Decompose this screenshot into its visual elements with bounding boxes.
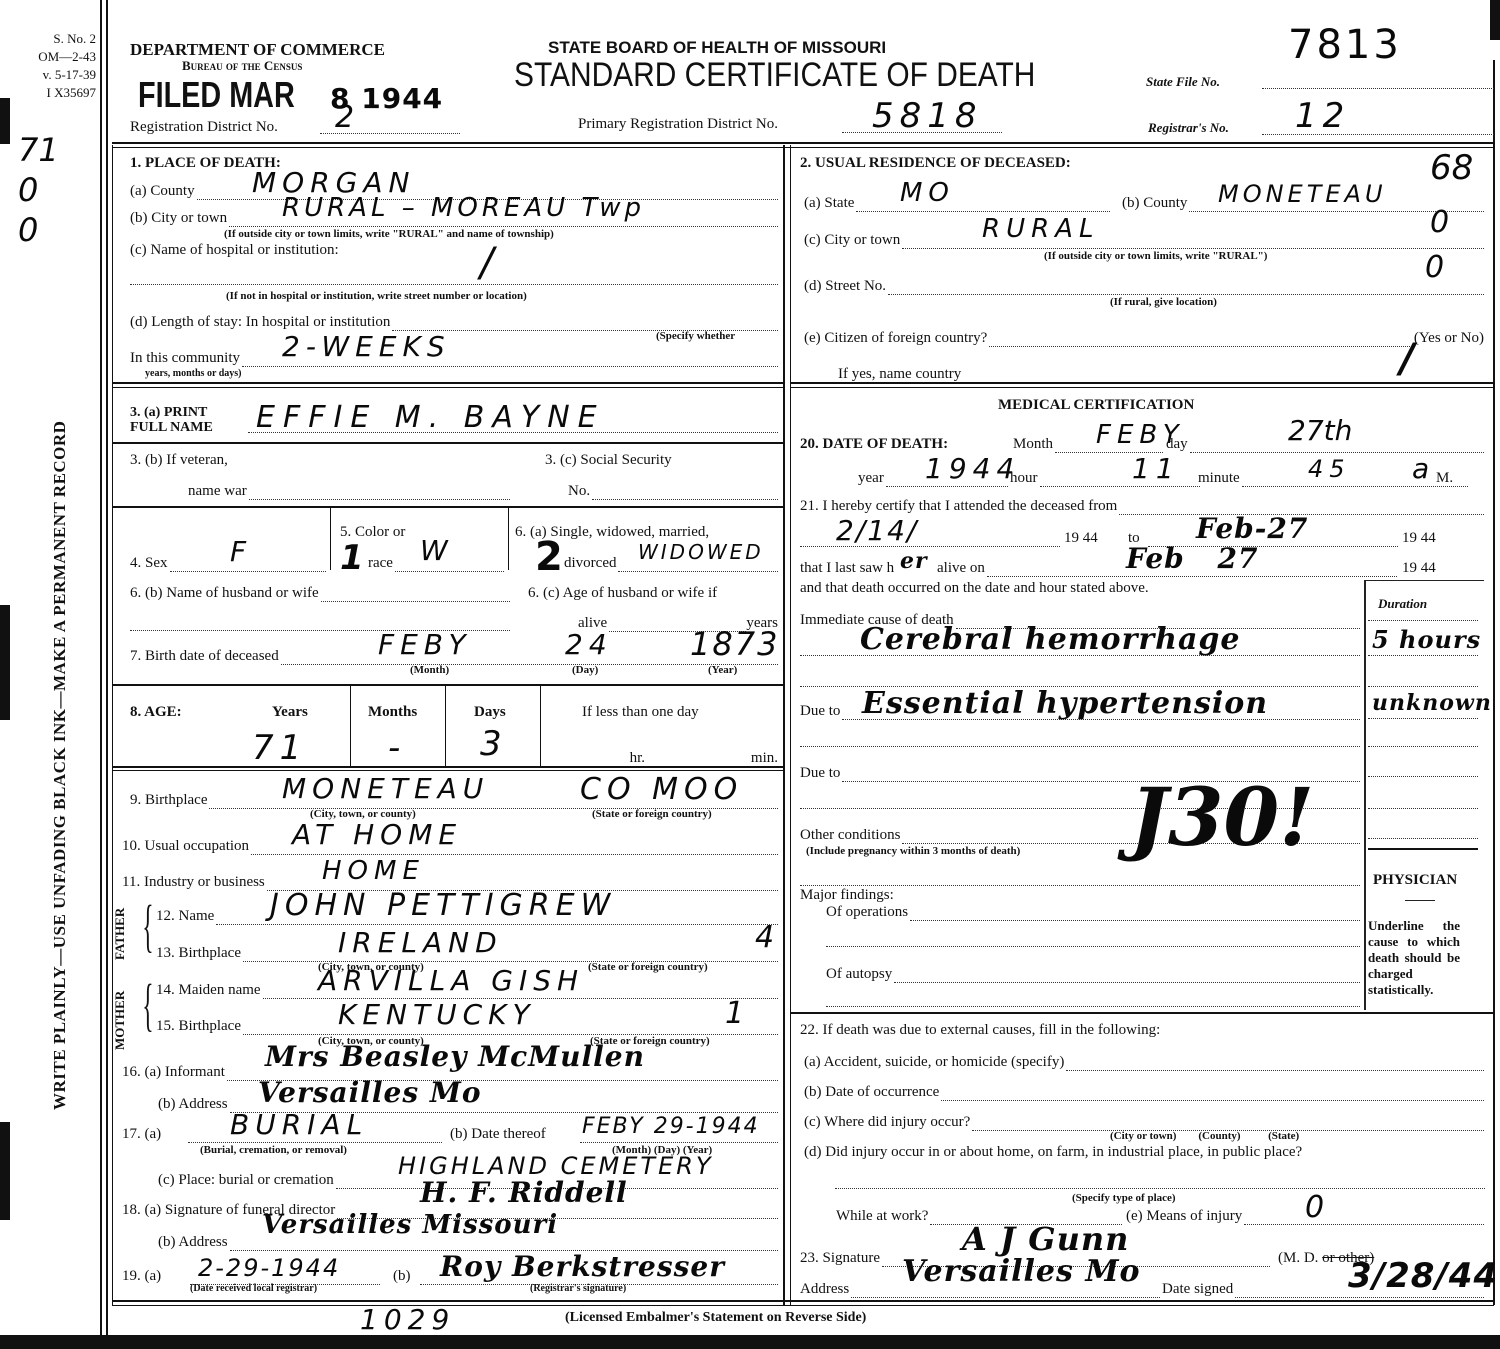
underline-note: Underline the cause to which death shoul… bbox=[1368, 918, 1460, 998]
residence-city-field[interactable]: (c) City or town bbox=[804, 232, 1484, 249]
last-saw-value: Feb 27 bbox=[1126, 542, 1258, 575]
stay-community-field[interactable]: In this community bbox=[130, 350, 778, 367]
registrar-signature-value: Roy Berkstresser bbox=[440, 1250, 725, 1283]
death-year-value: 1944 bbox=[925, 452, 1020, 485]
embalmer-note: (Licensed Embalmer's Statement on Revers… bbox=[565, 1310, 866, 1326]
last-saw-pronoun: er bbox=[900, 548, 928, 574]
page-title: STANDARD CERTIFICATE OF DEATH bbox=[514, 56, 1035, 95]
hospital-hint: (If not in hospital or institution, writ… bbox=[226, 290, 527, 302]
registration-district-value: 2 bbox=[335, 100, 360, 135]
primary-district-value: 5818 bbox=[872, 96, 983, 136]
form-code: v. 5-17-39 bbox=[0, 66, 96, 84]
burial-date-value[interactable]: FEBY 29-1944 bbox=[582, 1114, 760, 1139]
death-city-value: RURAL – MOREAU Twp bbox=[282, 193, 645, 223]
immediate-cause-duration[interactable]: 5 hours bbox=[1372, 625, 1481, 654]
registrars-number-value: 12 bbox=[1295, 96, 1350, 136]
margin-tab bbox=[0, 605, 10, 720]
bureau: Bureau of the Census bbox=[182, 58, 302, 74]
death-day-value: 27th bbox=[1288, 414, 1352, 447]
death-minute-value: 45 bbox=[1308, 455, 1351, 483]
age-days-value[interactable]: 3 bbox=[480, 724, 508, 764]
death-ampm-suffix: M. bbox=[1436, 470, 1453, 487]
father-state-hint: (State or foreign country) bbox=[588, 961, 708, 973]
margin-instruction: WRITE PLAINLY—USE UNFADING BLACK INK—MAK… bbox=[50, 421, 70, 1110]
burial-label: 17. (a) bbox=[122, 1126, 161, 1143]
registration-district-label: Registration District No. bbox=[130, 119, 278, 136]
date-signed-value: 3/28/44 bbox=[1348, 1256, 1498, 1296]
residence-heading: 2. USUAL RESIDENCE OF DECEASED: bbox=[800, 155, 1071, 172]
residence-street-field[interactable]: (d) Street No. bbox=[804, 278, 1484, 295]
ssn-field[interactable]: No. bbox=[568, 483, 778, 500]
residence-code-1: 68 bbox=[1430, 148, 1473, 188]
registrar-signature-label: (b) bbox=[393, 1268, 411, 1285]
received-label: 19. (a) bbox=[122, 1268, 161, 1285]
ssn-label: 3. (c) Social Security bbox=[545, 452, 672, 469]
marital-value: WIDOWED bbox=[638, 540, 764, 564]
attended-from-year: 19 44 bbox=[1064, 530, 1098, 547]
informant-address-value: Versailles Mo bbox=[258, 1076, 482, 1109]
injury-location-label: (d) Did injury occur in or about home, o… bbox=[804, 1144, 1302, 1161]
residence-street-hint: (If rural, give location) bbox=[1110, 296, 1217, 308]
form-code: I X35697 bbox=[0, 84, 96, 102]
attended-to-year: 19 44 bbox=[1402, 530, 1436, 547]
burial-hint: (Burial, cremation, or removal) bbox=[200, 1144, 347, 1156]
certifier-signature-value: A J Gunn bbox=[962, 1220, 1129, 1258]
last-saw-year: 19 44 bbox=[1402, 560, 1436, 577]
duration-heading: Duration bbox=[1378, 596, 1427, 612]
form-codes: S. No. 2 OM—2-43 v. 5-17-39 I X35697 bbox=[0, 30, 96, 102]
age-minutes-field[interactable]: min. bbox=[660, 750, 778, 767]
father-birthplace-code: 4 bbox=[755, 920, 780, 955]
father-side-label: FATHER bbox=[112, 908, 128, 960]
form-code: OM—2-43 bbox=[0, 48, 96, 66]
received-value[interactable]: 2-29-1944 bbox=[198, 1254, 340, 1282]
occurrence-date-field[interactable]: (b) Date of occurrence bbox=[804, 1084, 1484, 1101]
industry-value: HOME bbox=[322, 856, 425, 886]
injury-place-field[interactable]: (c) Where did injury occur? bbox=[804, 1114, 1484, 1131]
age-months-label: Months bbox=[368, 704, 417, 721]
form-code: S. No. 2 bbox=[0, 30, 96, 48]
age-years-value[interactable]: 71 bbox=[252, 728, 307, 768]
age-label: 8. AGE: bbox=[130, 704, 182, 721]
age-less-label: If less than one day bbox=[582, 704, 699, 721]
citizen-field[interactable]: (e) Citizen of foreign country?(Yes or N… bbox=[804, 330, 1484, 347]
medical-heading: MEDICAL CERTIFICATION bbox=[998, 397, 1194, 414]
residence-city-value: RURAL bbox=[982, 214, 1099, 244]
received-hint: (Date received local registrar) bbox=[190, 1283, 317, 1294]
attended-from-value[interactable]: 2/14/ bbox=[836, 514, 918, 547]
autopsy-field[interactable]: Of autopsy bbox=[826, 966, 1360, 983]
other-conditions-mark: J30! bbox=[1130, 770, 1314, 864]
death-city-hint: (If outside city or town limits, write "… bbox=[224, 228, 554, 240]
veteran-war-field[interactable]: name war bbox=[188, 483, 510, 500]
attended-to-value[interactable]: Feb-27 bbox=[1196, 512, 1308, 545]
full-name-label: 3. (a) PRINTFULL NAME bbox=[130, 405, 213, 435]
burial-date-label: (b) Date thereof bbox=[450, 1126, 546, 1143]
spouse-age-label: 6. (c) Age of husband or wife if bbox=[528, 585, 717, 602]
residence-city-hint: (If outside city or town limits, write "… bbox=[1044, 250, 1267, 262]
community-hint: years, months or days) bbox=[145, 368, 241, 379]
last-saw-label: that I last saw h bbox=[800, 560, 894, 577]
attended-field: 21. I hereby certify that I attended the… bbox=[800, 498, 1484, 515]
spouse-name-field[interactable]: 6. (b) Name of husband or wife bbox=[130, 585, 510, 602]
veteran-label: 3. (b) If veteran, bbox=[130, 452, 228, 469]
funeral-address-value: Versailles Missouri bbox=[262, 1210, 558, 1240]
mother-name-value: ARVILLA GISH bbox=[318, 964, 584, 997]
age-hours-field[interactable]: hr. bbox=[545, 750, 645, 767]
birth-month-hint: (Month) bbox=[410, 664, 449, 676]
age-years-label: Years bbox=[272, 704, 308, 721]
state-file-number: 7813 bbox=[1288, 22, 1402, 68]
margin-tab bbox=[0, 98, 10, 144]
due-to-value-1[interactable]: Essential hypertension bbox=[862, 686, 1268, 721]
birthplace-city-value: MONETEAU bbox=[282, 772, 489, 805]
stay-specify-hint: (Specify whether bbox=[656, 330, 735, 342]
sex-value: F bbox=[230, 535, 252, 568]
birth-day-value: 24 bbox=[565, 628, 613, 661]
due-to-duration-1[interactable]: unknown bbox=[1372, 690, 1492, 716]
injury-place-hint: (City or town) (County) (State) bbox=[1110, 1130, 1299, 1142]
margin-tab bbox=[0, 1122, 10, 1220]
country-value: / bbox=[1400, 336, 1421, 382]
stay-community-value: 2-WEEKS bbox=[282, 330, 451, 363]
certifier-address-value: Versailles Mo bbox=[902, 1254, 1141, 1289]
state-file-label: State File No. bbox=[1146, 74, 1220, 90]
footer-number: 1029 bbox=[360, 1303, 455, 1336]
birthplace-state-hint: (State or foreign country) bbox=[592, 808, 712, 820]
burial-value[interactable]: BURIAL bbox=[230, 1108, 368, 1141]
birth-month-value: FEBY bbox=[378, 628, 472, 661]
residence-state-value: MO bbox=[900, 178, 955, 208]
registrar-signature-hint: (Registrar's signature) bbox=[530, 1283, 626, 1294]
duration-column-divider bbox=[1364, 580, 1366, 1010]
death-statement: and that death occurred on the date and … bbox=[800, 580, 1149, 597]
country-field[interactable]: If yes, name country bbox=[838, 366, 1484, 383]
injury-location-hint: (Specify type of place) bbox=[1072, 1192, 1176, 1204]
external-type-field[interactable]: (a) Accident, suicide, or homicide (spec… bbox=[804, 1054, 1484, 1071]
color-code: 1 bbox=[340, 538, 370, 578]
death-date-label: 20. DATE OF DEATH: bbox=[800, 436, 948, 453]
age-days-label: Days bbox=[474, 704, 506, 721]
residence-county-value: MONETEAU bbox=[1218, 180, 1387, 208]
filed-stamp: FILED MAR bbox=[138, 74, 295, 116]
death-ampm-value: a bbox=[1412, 452, 1429, 485]
father-name-value: JOHN PETTIGREW bbox=[270, 888, 616, 923]
race-value: W bbox=[420, 534, 454, 567]
major-findings-label: Major findings: bbox=[800, 887, 894, 904]
immediate-cause-value[interactable]: Cerebral hemorrhage bbox=[860, 622, 1241, 657]
sex-field[interactable]: 4. Sex bbox=[130, 555, 326, 572]
birthplace-state-value: CO MOO bbox=[580, 772, 743, 807]
birth-year-value: 1873 bbox=[690, 625, 779, 663]
hospital-label: (c) Name of hospital or institution: bbox=[130, 242, 339, 259]
informant-value: Mrs Beasley McMullen bbox=[265, 1040, 645, 1073]
registrars-number-label: Registrar's No. bbox=[1148, 120, 1229, 136]
occupation-value: AT HOME bbox=[292, 818, 462, 851]
full-name-value[interactable]: EFFIE M. BAYNE bbox=[256, 400, 605, 435]
funeral-director-value: H. F. Riddell bbox=[420, 1176, 628, 1209]
birth-year-hint: (Year) bbox=[708, 664, 737, 676]
age-months-value[interactable]: - bbox=[388, 728, 406, 768]
death-hour-value: 11 bbox=[1132, 452, 1180, 485]
residence-state-field[interactable]: (a) State bbox=[804, 195, 1110, 212]
mother-side-label: MOTHER bbox=[112, 991, 128, 1050]
external-heading: 22. If death was due to external causes,… bbox=[800, 1022, 1160, 1039]
other-conditions-hint: (Include pregnancy within 3 months of de… bbox=[806, 845, 1020, 857]
mother-birthplace-code: 1 bbox=[725, 996, 750, 1031]
father-birthplace-value: IRELAND bbox=[338, 926, 503, 959]
mother-brace: { bbox=[142, 975, 153, 1035]
stay-hospital-field[interactable]: (d) Length of stay: In hospital or insti… bbox=[130, 314, 778, 331]
primary-district-label: Primary Registration District No. bbox=[578, 116, 778, 133]
father-brace: { bbox=[142, 896, 153, 956]
board-title: STATE BOARD OF HEALTH OF MISSOURI bbox=[548, 38, 886, 58]
physician-label: PHYSICIAN bbox=[1373, 872, 1457, 889]
hospital-value: / bbox=[480, 240, 499, 286]
means-of-injury-value: 0 bbox=[1305, 1190, 1330, 1225]
department: DEPARTMENT OF COMMERCE bbox=[130, 40, 385, 60]
birth-day-hint: (Day) bbox=[572, 664, 598, 676]
margin-numbers: 71 0 0 bbox=[18, 130, 59, 250]
mother-birthplace-value: KENTUCKY bbox=[338, 998, 536, 1031]
operations-field[interactable]: Of operations bbox=[826, 904, 1360, 921]
